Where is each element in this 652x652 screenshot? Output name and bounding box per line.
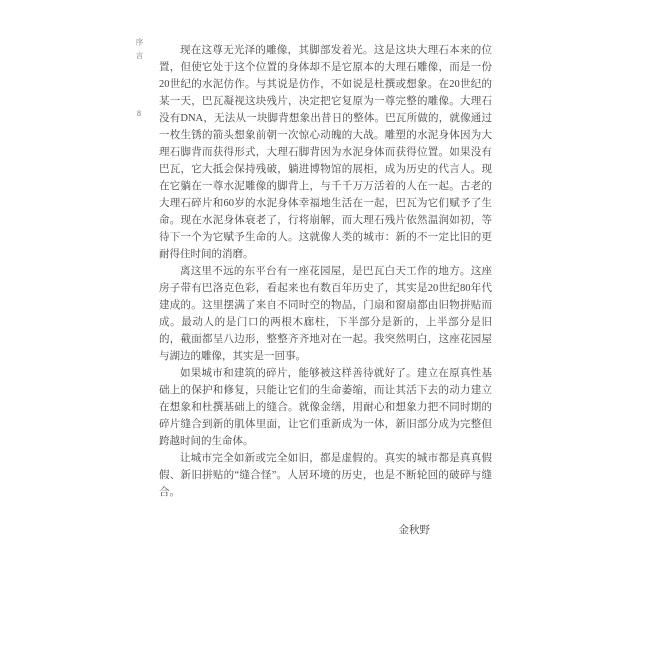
body-paragraph: 让城市完全如新或完全如旧，都是虚假的。真实的城市都是真真假假、新旧拼贴的“缝合怪… <box>159 450 492 501</box>
body-paragraph: 如果城市和建筑的碎片，能够被这样善待就好了。建立在原真性基础上的保护和修复，只能… <box>159 365 492 450</box>
body-paragraph: 离这里不远的东平台有一座花园屋，是巴瓦白天工作的地方。这座房子带有巴洛克色彩，看… <box>159 263 492 365</box>
page-number: 8 <box>137 109 141 118</box>
margin-label-preface: 序言 <box>134 38 145 65</box>
body-paragraph: 现在这尊无光泽的雕像，其脚部发着光。这是这块大理石本来的位置，但使它处于这个位置… <box>159 42 492 263</box>
book-page: 序言 8 现在这尊无光泽的雕像，其脚部发着光。这是这块大理石本来的位置，但使它处… <box>0 0 652 652</box>
body-text-block: 现在这尊无光泽的雕像，其脚部发着光。这是这块大理石本来的位置，但使它处于这个位置… <box>159 42 492 539</box>
author-signature: 金秋野 <box>159 522 492 539</box>
